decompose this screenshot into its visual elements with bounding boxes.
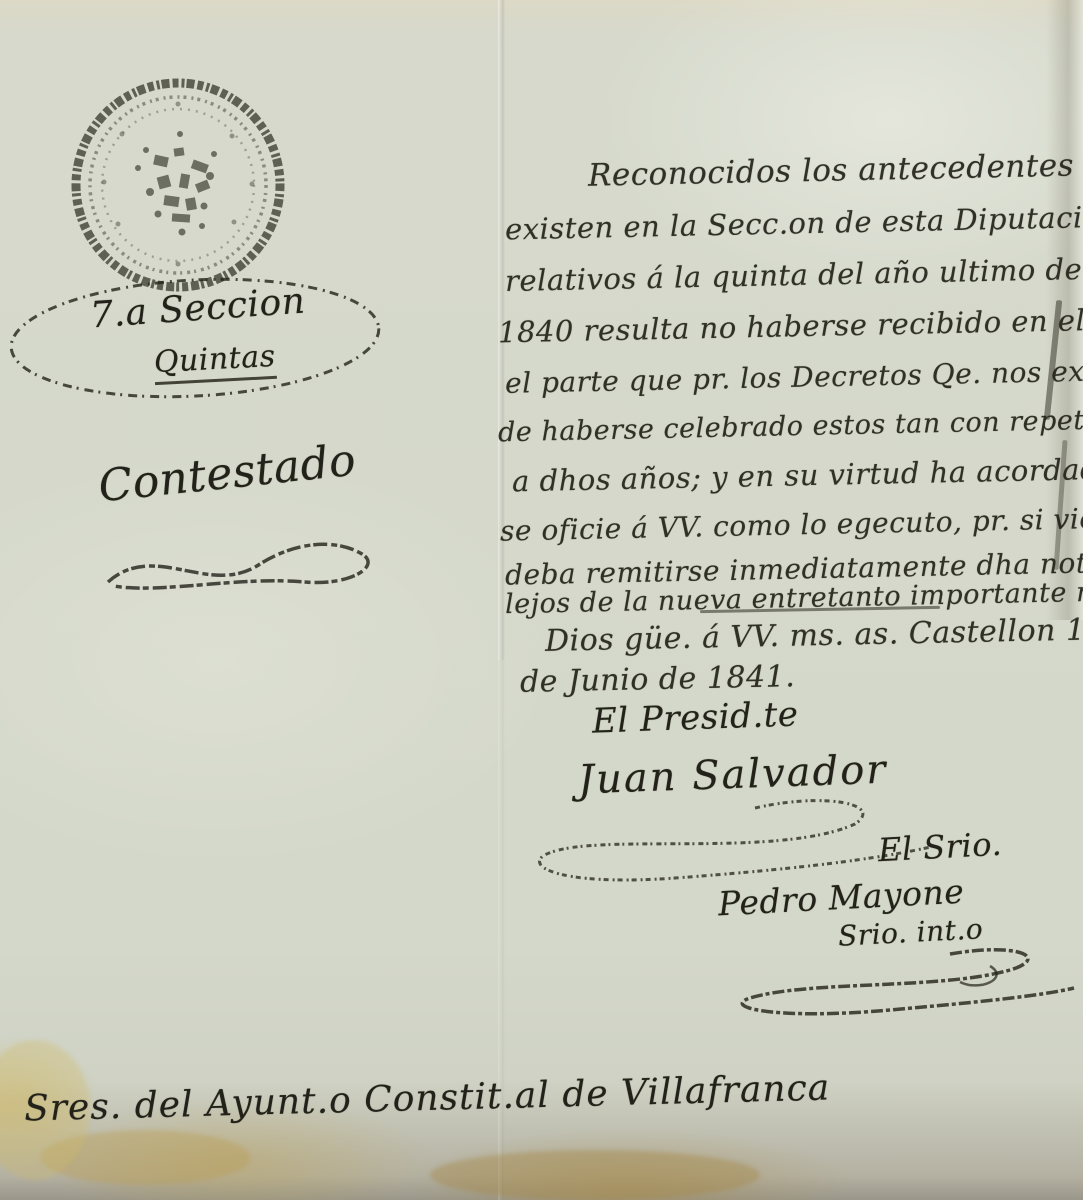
manuscript-page: 7.a Seccion Quintas Contestado Reconocid…	[0, 0, 1083, 1200]
body-line: existen en la Secc.on de esta Diputacion	[505, 200, 1083, 247]
signature-president: Juan Salvador	[577, 747, 888, 804]
body-line: de haberse celebrado estos tan con repet…	[498, 403, 1083, 449]
body-dateline-2: de Junio de 1841.	[520, 659, 796, 700]
bottom-stain	[40, 1130, 250, 1185]
vertical-fold-crease-lower	[498, 660, 505, 1200]
sender-title: El Presid.te	[591, 694, 799, 741]
section-sub-label: Quintas	[153, 339, 277, 385]
body-line: 1840 resulta no haberse recibido en ella	[498, 303, 1083, 350]
contestado-rubric-icon	[100, 520, 400, 610]
contestado-note: Contestado	[96, 435, 358, 513]
body-line: a dhos años; y en su virtud ha acordado	[512, 452, 1083, 499]
secretary-rubric-icon	[690, 940, 1080, 1030]
body-line: se oficie á VV. como lo egecuto, pr. si …	[500, 501, 1083, 547]
body-line: el parte que pr. los Decretos Qe. nos ex…	[505, 353, 1083, 400]
secretary-title: El Srio.	[877, 825, 1003, 869]
margin-annotation: 7.a Seccion Quintas	[2, 270, 388, 410]
bottom-stain-2	[430, 1150, 760, 1200]
body-dateline: Dios güe. á VV. ms. as. Castellon 10	[545, 612, 1083, 659]
body-line: relativos á la quinta del año ultimo de	[505, 252, 1083, 298]
body-line: Reconocidos los antecedentes qe.	[588, 146, 1083, 193]
secretary-role: Srio. int.o	[837, 912, 984, 953]
footer-address: Sres. del Ayunt.o Constit.al de Villafra…	[24, 1067, 831, 1129]
